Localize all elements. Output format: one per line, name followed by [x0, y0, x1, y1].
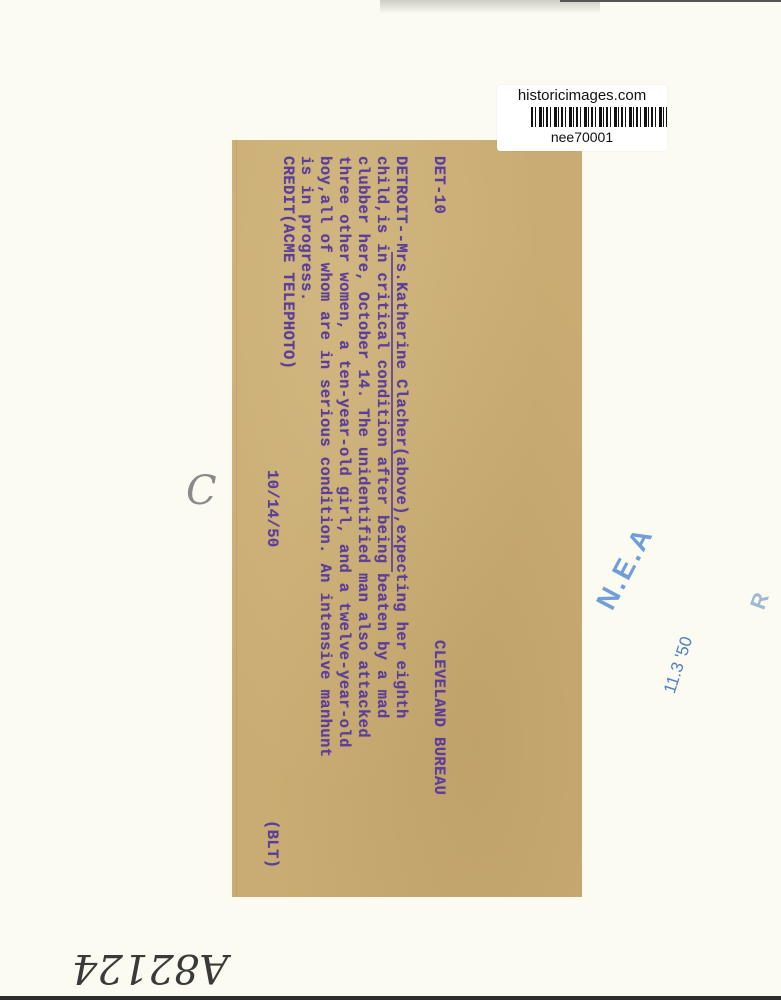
document-code: DET-10 [431, 156, 447, 214]
caption-line-5: boy,all of whom are in serious condition… [317, 156, 333, 758]
partial-stamp: R [745, 589, 775, 613]
handwritten-catalog-number: A82124 [55, 945, 245, 991]
label-site: historicimages.com [497, 87, 667, 104]
stamp-date: 11.3 '50 [660, 634, 697, 696]
barcode-label: historicimages.com nee70001 [497, 85, 667, 151]
label-id: nee70001 [497, 129, 667, 145]
caption-date: 10/14/50 [264, 470, 280, 548]
bureau-name: CLEVELAND BUREAU [431, 640, 447, 795]
scan-edge-bottom [0, 996, 781, 1000]
pencil-mark: C [186, 468, 217, 514]
typist-initials: (BLT) [264, 820, 280, 869]
credit-line: CREDIT(ACME TELEPHOTO) [280, 156, 296, 369]
barcode-icon [531, 107, 667, 127]
caption-line-1: DETROIT--Mrs.Katherine Clacher(above),ex… [393, 156, 409, 719]
scan-edge-top [560, 0, 781, 2]
caption-line-2: child,is in critical condition after bei… [374, 156, 390, 719]
caption-line-6: is in progress. [298, 156, 314, 302]
agency-stamp: N.E.A [590, 521, 660, 615]
name-underline [391, 252, 393, 572]
paper-fold-line [236, 140, 237, 897]
scan-shadow [380, 0, 600, 14]
caption-line-3: clubber here, October 14. The unidentifi… [355, 156, 371, 738]
caption-line-4: three other women, a ten-year-old girl, … [336, 156, 352, 748]
caption-text: DETROIT--Mrs.Katherine Clacher(above),ex… [392, 156, 410, 719]
